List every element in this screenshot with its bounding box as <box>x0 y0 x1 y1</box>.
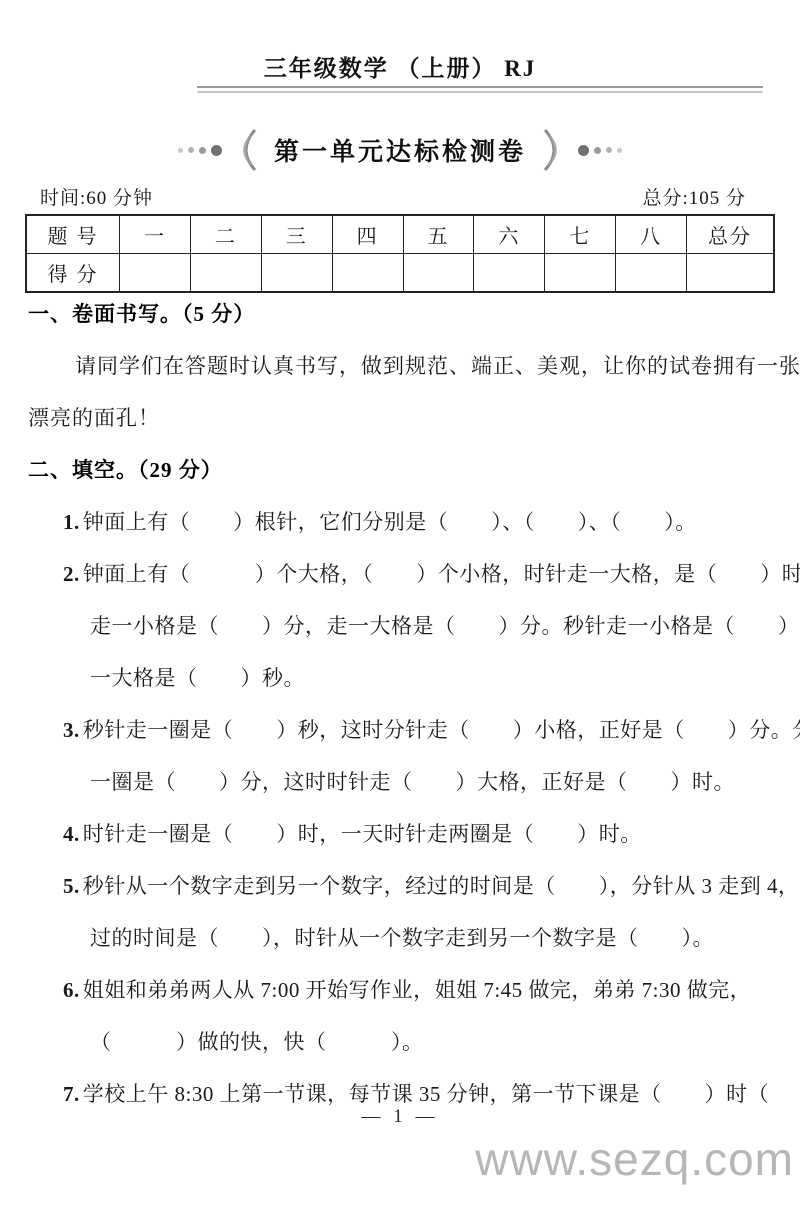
question-1-line: 1.钟面上有（ ）根针，它们分别是（ ）、（ ）、（ ）。 <box>28 496 782 548</box>
score-cell-empty <box>687 254 775 293</box>
section1-paragraph-line: 漂亮的面孔！ <box>28 392 782 444</box>
dot-icon <box>199 147 206 154</box>
question-text: 钟面上有（ ）根针，它们分别是（ ）、（ ）、（ ）。 <box>83 510 697 534</box>
unit-title: 第一单元达标检测卷 <box>274 132 526 168</box>
right-wing-bracket-icon <box>543 127 569 173</box>
table-header-cell: 题 号 <box>26 215 120 254</box>
score-cell-empty <box>474 254 545 293</box>
question-text: 姐姐和弟弟两人从 7:00 开始写作业，姐姐 7:45 做完，弟弟 7:30 做… <box>83 978 752 1002</box>
watermark: www.sezq.com <box>475 1132 794 1186</box>
question-text: 时针走一圈是（ ）时，一天时针走两圈是（ ）时。 <box>83 822 642 846</box>
question-6-line: 6.姐姐和弟弟两人从 7:00 开始写作业，姐姐 7:45 做完，弟弟 7:30… <box>28 964 782 1016</box>
table-header-cell: 二 <box>190 215 261 254</box>
question-number: 2. <box>63 562 83 586</box>
table-header-cell: 五 <box>403 215 474 254</box>
question-number: 5. <box>63 874 83 898</box>
dot-icon <box>606 147 612 153</box>
question-text: 钟面上有（ ）个大格，（ ）个小格，时针走一大格，是（ ）时，分针 <box>83 562 800 586</box>
table-header-cell: 六 <box>474 215 545 254</box>
question-4-line: 4.时针走一圈是（ ）时，一天时针走两圈是（ ）时。 <box>28 808 782 860</box>
question-number: 4. <box>63 822 83 846</box>
question-2-line: 一大格是（ ）秒。 <box>28 652 782 704</box>
question-text: 秒针走一圈是（ ）秒，这时分针走（ ）小格，正好是（ ）分。分针走 <box>83 718 800 742</box>
question-number: 7. <box>63 1082 83 1106</box>
score-cell-empty <box>403 254 474 293</box>
section1-heading: 一、卷面书写。（5 分） <box>28 288 782 340</box>
table-header-cell: 一 <box>120 215 191 254</box>
table-header-cell: 八 <box>616 215 687 254</box>
question-number: 1. <box>63 510 83 534</box>
question-3-line: 3.秒针走一圈是（ ）秒，这时分针走（ ）小格，正好是（ ）分。分针走 <box>28 704 782 756</box>
section1-paragraph-line: 请同学们在答题时认真书写，做到规范、端正、美观，让你的试卷拥有一张清秀、 <box>28 340 782 392</box>
score-row-label: 得 分 <box>26 254 120 293</box>
score-cell-empty <box>545 254 616 293</box>
question-2-line: 走一小格是（ ）分，走一大格是（ ）分。秒针走一小格是（ ）秒，走 <box>28 600 782 652</box>
question-6-line: （ ）做的快，快（ ）。 <box>28 1016 782 1068</box>
question-2-line: 2.钟面上有（ ）个大格，（ ）个小格，时针走一大格，是（ ）时，分针 <box>28 548 782 600</box>
table-header-cell: 七 <box>545 215 616 254</box>
dot-icon <box>617 148 622 153</box>
unit-title-banner: 第一单元达标检测卷 <box>0 126 800 174</box>
question-5-line: 过的时间是（ ），时针从一个数字走到另一个数字是（ ）。 <box>28 912 782 964</box>
table-header-cell: 总分 <box>687 215 775 254</box>
table-header-cell: 四 <box>332 215 403 254</box>
test-paper-page: 三年级数学 （上册） RJ 第一单元达标检测卷 时间:60 分钟 <box>0 0 800 1210</box>
dot-icon <box>178 148 183 153</box>
score-cell-empty <box>190 254 261 293</box>
score-cell-empty <box>120 254 191 293</box>
score-cell-empty <box>616 254 687 293</box>
paper-body: 一、卷面书写。（5 分） 请同学们在答题时认真书写，做到规范、端正、美观，让你的… <box>28 288 782 1120</box>
banner-right-dots-decoration <box>578 145 622 156</box>
book-title: 三年级数学 （上册） RJ <box>0 50 800 83</box>
dot-icon <box>594 147 601 154</box>
score-cell-empty <box>261 254 332 293</box>
dot-icon <box>188 147 194 153</box>
dot-icon <box>211 145 222 156</box>
score-cell-empty <box>332 254 403 293</box>
question-3-line: 一圈是（ ）分，这时时针走（ ）大格，正好是（ ）时。 <box>28 756 782 808</box>
dot-icon <box>578 145 589 156</box>
question-text: 学校上午 8:30 上第一节课，每节课 35 分钟，第一节下课是（ ）时（ ） <box>83 1082 800 1106</box>
question-5-line: 5.秒针从一个数字走到另一个数字，经过的时间是（ ），分针从 3 走到 4，经 <box>28 860 782 912</box>
section2-heading: 二、填空。（29 分） <box>28 444 782 496</box>
score-row: 得 分 <box>26 254 774 293</box>
table-header-cell: 三 <box>261 215 332 254</box>
total-score-label: 总分:105 分 <box>642 183 746 210</box>
question-number-row: 题 号 一 二 三 四 五 六 七 八 总分 <box>26 215 774 254</box>
meta-row: 时间:60 分钟 总分:105 分 <box>40 183 746 210</box>
question-number: 3. <box>63 718 83 742</box>
time-limit-label: 时间:60 分钟 <box>40 183 153 210</box>
question-number: 6. <box>63 978 83 1002</box>
banner-left-dots-decoration <box>178 145 222 156</box>
question-text: 秒针从一个数字走到另一个数字，经过的时间是（ ），分针从 3 走到 4，经 <box>83 874 800 898</box>
header-divider <box>197 86 763 93</box>
left-wing-bracket-icon <box>231 127 257 173</box>
score-table: 题 号 一 二 三 四 五 六 七 八 总分 得 分 <box>25 214 775 293</box>
